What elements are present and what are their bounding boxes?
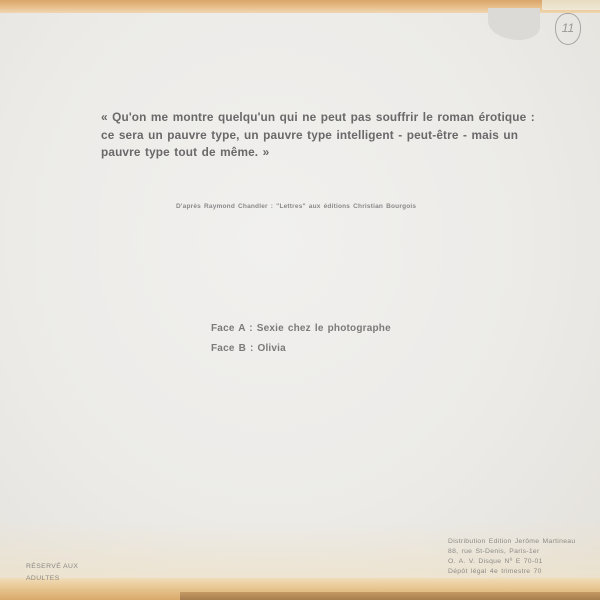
adults-only-label: RÉSERVÉ AUX ADULTES [26,561,78,585]
tape-strip-top-edge [542,0,600,10]
distribution-line: Dépôt légal 4e trimestre 70 [448,567,575,577]
track-list: Face A : Sexie chez le photographe Face … [211,319,391,359]
rating-line: ADULTES [26,573,78,585]
handwritten-mark: 11 [555,13,581,45]
distribution-line: O. A. V. Disque Nº E 70-01 [448,557,575,567]
track-face-a: Face A : Sexie chez le photographe [211,319,391,339]
track-face-b: Face B : Olivia [211,339,391,359]
rating-line: RÉSERVÉ AUX [26,561,78,573]
record-sleeve-back [0,0,600,600]
quote-attribution: D'après Raymond Chandler : "Lettres" aux… [176,203,416,210]
quote-line: pauvre type tout de même. » [101,144,501,162]
distribution-info: Distribution Edition Jerôme Martineau 88… [448,537,575,577]
quote-block: « Qu'on me montre quelqu'un qui ne peut … [101,109,501,162]
distribution-line: Distribution Edition Jerôme Martineau [448,537,575,547]
distribution-line: 88, rue St-Denis, Paris-1er [448,547,575,557]
quote-line: « Qu'on me montre quelqu'un qui ne peut … [101,109,501,127]
quote-line: ce sera un pauvre type, un pauvre type i… [101,127,501,145]
tape-strip-bottom-shadow [180,592,600,600]
